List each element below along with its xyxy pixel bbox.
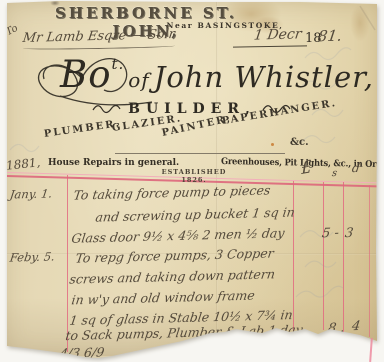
invoice-line: Jany. 1. To taking force pump to pieces (0, 185, 384, 205)
trade-plumber: PLUMBER. (43, 118, 121, 140)
ink-speck (271, 143, 274, 146)
amount-shillings: 5 - (321, 226, 340, 241)
scratch-mark (360, 6, 375, 30)
invoice-line: in w'y and old window frame (0, 290, 384, 310)
amount-pence: 4 (351, 319, 361, 334)
invoice-line: to Sack pumps, Plumber & Lab 1 day 8 . 4 (0, 325, 384, 345)
handwritten-to: To (4, 23, 20, 38)
trade-etc: &c. (290, 137, 309, 148)
entry-date: Jany. 1. (9, 186, 53, 201)
invoice-paper: SHERBORNE ST. JOHN, Near BASINGSTOKE, Bo… (0, 0, 384, 362)
bought-of-title: Bot.ofJohn Whistler, (60, 53, 380, 96)
entry-text: To repg force pumps, 3 Copper (75, 245, 275, 265)
handwritten-year: 81. (317, 27, 343, 46)
entry-text: To taking force pump to pieces (73, 182, 272, 202)
invoice-line: and screwing up bucket 1 sq in (0, 207, 384, 227)
entry-text: in w'y and old window frame (71, 288, 256, 308)
invoice-line: screws and taking down pattern (0, 269, 384, 289)
entry-text: 4/3 6/9 (59, 344, 105, 360)
established-note: ESTABLISHED 1826. (148, 168, 240, 184)
amount-shillings: 8 . (327, 321, 346, 336)
stain (350, 4, 370, 42)
entry-date: Feby. 5. (9, 249, 56, 264)
bought-of-superscript: t. (111, 55, 124, 73)
services-left: House Repairs in general. (48, 158, 179, 168)
column-header-pence: d (351, 161, 361, 175)
column-header-shillings: s (331, 168, 338, 179)
entry-text: to Sack pumps, Plumber & Lab 1 day (65, 322, 304, 343)
addressee-name: Mr Lamb Esqre — Solr (22, 27, 176, 46)
bought-of-prefix: Bo (60, 53, 111, 96)
margin-year: 1881, (5, 155, 41, 173)
invoice-line: Glass door 9½ x 4⅝ 2 men ½ day 5 - 3 (0, 228, 384, 248)
invoice-line-torn: 4/3 6/9 (0, 345, 384, 362)
amount-pence: 3 (344, 226, 354, 241)
column-header-pounds: £ (301, 157, 312, 179)
divider-rule (115, 153, 285, 154)
entry-text: Glass door 9½ x 4⅝ 2 men ½ day (71, 225, 286, 246)
entry-text: and screwing up bucket 1 sq in (95, 204, 296, 224)
handwritten-date: 1 Decr (253, 26, 303, 43)
invoice-line: Feby. 5. To repg force pumps, 3 Copper (0, 248, 384, 268)
proprietor-name: John Whistler, (154, 60, 374, 94)
entry-text: screws and taking down pattern (69, 266, 276, 286)
scanned-invoice-document: SHERBORNE ST. JOHN, Near BASINGSTOKE, Bo… (0, 0, 384, 362)
paper-shadow: SHERBORNE ST. JOHN, Near BASINGSTOKE, Bo… (0, 0, 384, 362)
bought-of-connector: of (128, 68, 149, 92)
flourish-left-icon (92, 103, 122, 115)
